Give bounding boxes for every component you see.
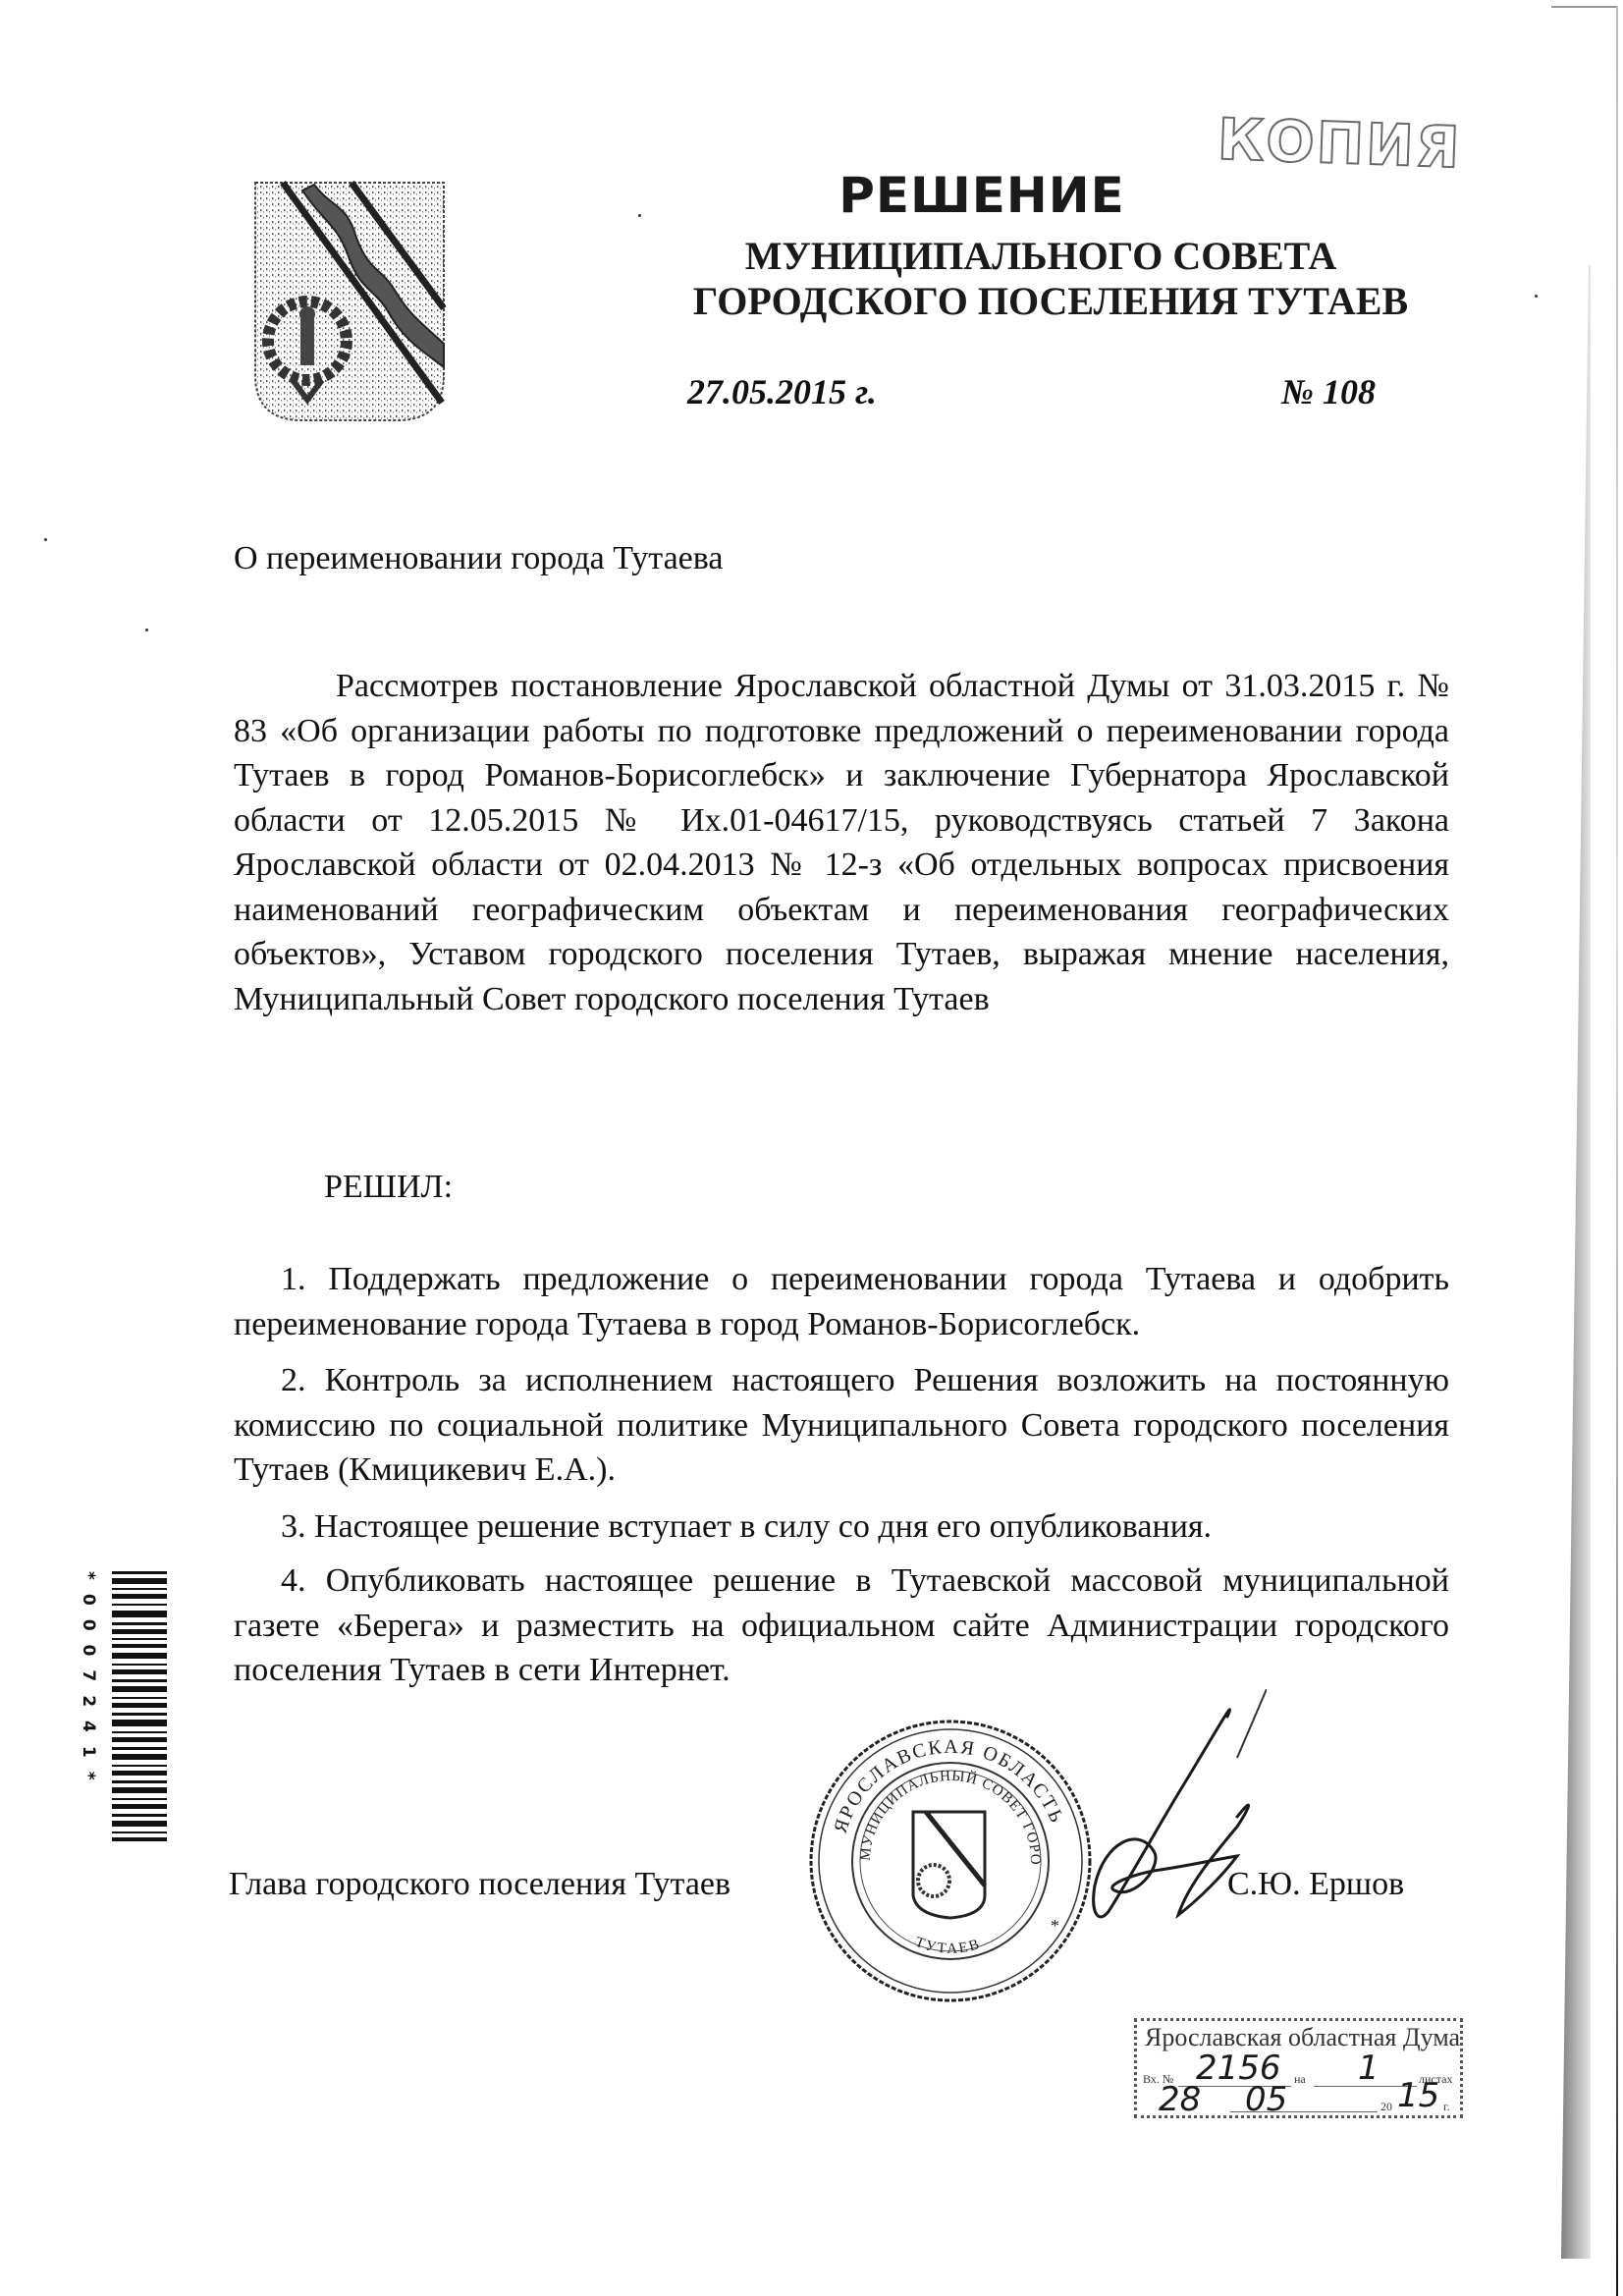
coat-of-arms-icon	[253, 179, 446, 424]
svg-text:ТУТАЕВ: ТУТАЕВ	[913, 1935, 983, 1957]
scan-edge-right	[1616, 6, 1618, 2296]
scan-edge-top	[1551, 6, 1618, 8]
signatory-position: Глава городского поселения Тутаев	[229, 1866, 730, 1903]
reg-day: 28	[1159, 2080, 1201, 2119]
registration-stamp: Ярославская областная Дума Вх. № 2156 на…	[1134, 2018, 1463, 2118]
scan-speck	[1435, 761, 1438, 764]
reg-sheets-value: 1	[1358, 2049, 1380, 2088]
scan-shadow	[1561, 265, 1591, 2278]
handwritten-signature-icon	[943, 1689, 1267, 1935]
barcode-number: *0007241*	[77, 1571, 98, 1841]
reg-year-value: 15	[1397, 2076, 1439, 2115]
seal-bottom-text: ТУТАЕВ	[913, 1935, 983, 1957]
document-issuer-line2: ГОРОДСКОГО ПОСЕЛЕНИЯ ТУТАЕВ	[648, 278, 1453, 324]
reg-year-prefix: 20	[1380, 2100, 1392, 2114]
document-page: КОПИЯ РЕШЕНИЕ МУНИЦИПАЛЬНОГО СОВЕТА ГОРО…	[0, 0, 1623, 2296]
decision-item-1: 1. Поддержать предложение о переименован…	[234, 1257, 1449, 1346]
document-date: 27.05.2015 г.	[687, 371, 877, 412]
scan-speck	[1535, 295, 1538, 298]
decision-item-3: 3. Настоящее решение вступает в силу со …	[234, 1504, 1449, 1550]
decision-item-2: 2. Контроль за исполнением настоящего Ре…	[234, 1358, 1449, 1493]
reg-line-month	[1230, 2111, 1378, 2112]
barcode-icon	[90, 1569, 169, 1844]
scan-speck	[145, 629, 148, 631]
document-number: № 108	[1281, 371, 1376, 412]
document-title: РЕШЕНИЕ	[687, 167, 1276, 224]
preamble-paragraph: Рассмотрев постановление Ярославской обл…	[234, 664, 1449, 1021]
decision-item-4: 4. Опубликовать настоящее решение в Тута…	[234, 1558, 1449, 1693]
scan-speck	[44, 538, 47, 541]
scan-speck	[638, 214, 641, 217]
document-subject: О переименовании города Тутаева	[234, 540, 723, 577]
reg-on-label: на	[1294, 2072, 1306, 2087]
reg-month: 05	[1245, 2080, 1287, 2119]
reg-year-suffix: г.	[1443, 2100, 1450, 2114]
decided-label: РЕШИЛ:	[324, 1169, 453, 1206]
reg-stamp-title: Ярославская областная Дума	[1145, 2023, 1460, 2052]
document-issuer-line1: МУНИЦИПАЛЬНОГО СОВЕТА	[668, 233, 1414, 279]
